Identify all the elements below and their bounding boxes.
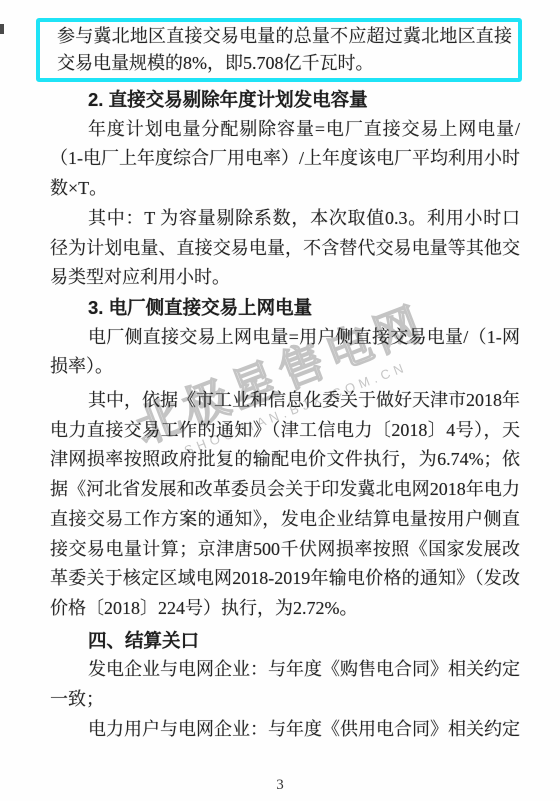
highlight-annotation-box: 参与冀北地区直接交易电量的总量不应超过冀北地区直接交易电量规模的8%，即5.70… <box>36 18 522 82</box>
highlighted-paragraph: 参与冀北地区直接交易电量的总量不应超过冀北地区直接交易电量规模的8%，即5.70… <box>57 23 512 76</box>
section-heading-2: 2. 直接交易剔除年度计划发电容量 <box>50 85 520 115</box>
paragraph-coefficient-note: 其中：T 为容量剔除系数，本次取值0.3。利用小时口径为计划电量、直接交易电量，… <box>50 204 520 293</box>
document-content: 参与冀北地区直接交易电量的总量不应超过冀北地区直接交易电量规模的8%，即5.70… <box>50 18 520 744</box>
page-number: 3 <box>0 777 560 794</box>
paragraph-loss-rate-basis: 其中，依据《市工业和信息化委关于做好天津市2018年电力直接交易工作的通知》（津… <box>50 386 520 624</box>
paragraph-settlement-generators: 发电企业与电网企业：与年度《购售电合同》相关约定一致； <box>50 655 520 714</box>
paragraph-settlement-users: 电力用户与电网企业：与年度《供用电合同》相关约定 <box>50 715 520 745</box>
section-heading-4: 四、结算关口 <box>50 626 520 656</box>
section-heading-3: 3. 电厂侧直接交易上网电量 <box>50 293 520 323</box>
paragraph-formula-grid-power: 电厂侧直接交易上网电量=用户侧直接交易电量/（1-网损率）。 <box>50 323 520 382</box>
scan-artifact <box>0 24 4 34</box>
document-page: 北极星售电网 SHOUDIAN.BJX.COM.CN 参与冀北地区直接交易电量的… <box>0 0 560 801</box>
paragraph-formula-capacity: 年度计划电量分配剔除容量=电厂直接交易上网电量/（1-电厂上年度综合厂用电率）/… <box>50 115 520 204</box>
